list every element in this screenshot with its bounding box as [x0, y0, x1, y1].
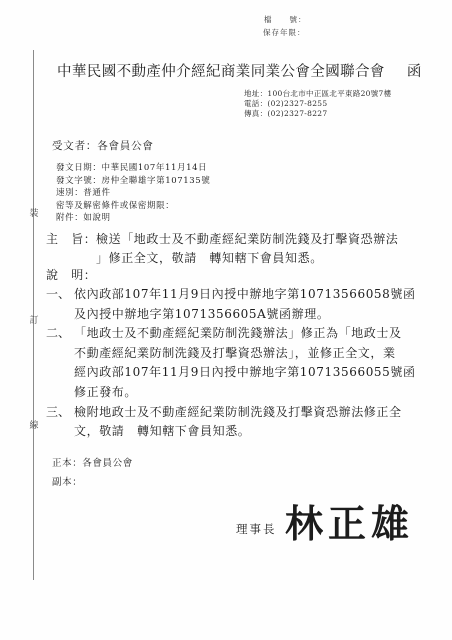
subject-text: 檢送「地政士及不動產經紀業防制洗錢及打擊資恐辦法 」修正全文，敬請 轉知轄下會員… — [96, 230, 398, 268]
recipient-line: 受文者：各會員公會 — [52, 138, 154, 153]
item-line: 及內授中辦地字第1071356605A號函辦理。 — [74, 305, 444, 325]
item-number: 三、 — [46, 403, 70, 423]
official-letter-page: 裝 訂 線 檔 號： 保存年限： 中華民國不動產仲介經紀商業同業公會全國聯合會函… — [0, 0, 452, 640]
security-class-line: 密等及解密條件或保密期限： — [56, 200, 210, 213]
item-number: 二、 — [46, 324, 70, 344]
subject-label: 主 旨： — [46, 230, 96, 247]
item-line: 不動產經紀業防制洗錢及打擊資恐辦法」，並修正全文，業 — [74, 344, 444, 364]
explanation-label: 說 明： — [46, 266, 96, 283]
item-line: 「地政士及不動產經紀業防制洗錢辦法」修正為「地政士及 — [74, 324, 444, 344]
speed-class-line: 速別：普通件 — [56, 187, 210, 200]
binding-mark-zhuang: 裝 — [27, 209, 41, 219]
item-line: 經內政部107年11月9日內授中辦地字第10713566055號函 — [74, 363, 444, 383]
issue-date-line: 發文日期：中華民國107年11月14日 — [56, 162, 210, 175]
signer-title: 理事長 — [236, 521, 277, 537]
attachment-line: 附件：如說明 — [56, 212, 210, 225]
binding-mark-ding: 訂 — [27, 316, 41, 326]
document-title: 中華民國不動產仲介經紀商業同業公會全國聯合會函 — [57, 60, 422, 81]
item-line: 文，敬請 轉知轄下會員知悉。 — [74, 422, 444, 442]
explanation-items: 一、 依內政部107年11月9日內授中辦地字第10713566058號函 及內授… — [74, 285, 444, 442]
item-line: 修正發布。 — [74, 383, 444, 403]
contact-address: 地址：100台北市中正區北平東路20號7樓 — [244, 89, 391, 99]
original-copy-line: 正本：各會員公會 — [52, 455, 133, 474]
contact-block: 地址：100台北市中正區北平東路20號7樓 電話：(02)2327-8255 傳… — [244, 89, 391, 118]
item-line: 檢附地政士及不動產經紀業防制洗錢及打擊資恐辦法修正全 — [74, 403, 444, 423]
contact-fax: 傳真：(02)2327-8227 — [244, 109, 391, 119]
binding-line — [33, 50, 34, 580]
binding-mark-xian: 線 — [27, 421, 41, 431]
meta-block: 發文日期：中華民國107年11月14日 發文字號：房仲全聯雄字第107135號 … — [56, 162, 210, 225]
file-number-label: 檔 號： — [264, 14, 307, 25]
retention-period-label: 保存年限： — [263, 27, 306, 38]
explanation-item-3: 三、 檢附地政士及不動產經紀業防制洗錢及打擊資恐辦法修正全 文，敬請 轉知轄下會… — [74, 403, 444, 442]
signer-name: 林正雄 — [285, 502, 414, 546]
explanation-item-1: 一、 依內政部107年11月9日內授中辦地字第10713566058號函 及內授… — [74, 285, 444, 324]
copies-block: 正本：各會員公會 副本： — [52, 455, 133, 492]
subject-line: 檢送「地政士及不動產經紀業防制洗錢及打擊資恐辦法 — [96, 230, 398, 249]
explanation-item-2: 二、 「地政士及不動產經紀業防制洗錢辦法」修正為「地政士及 不動產經紀業防制洗錢… — [74, 324, 444, 402]
item-number: 一、 — [46, 285, 70, 305]
item-line: 依內政部107年11月9日內授中辦地字第10713566058號函 — [74, 285, 444, 305]
subject-line: 」修正全文，敬請 轉知轄下會員知悉。 — [96, 249, 398, 268]
issuing-org-name: 中華民國不動產仲介經紀商業同業公會全國聯合會 — [57, 64, 385, 80]
doc-number-line: 發文字號：房仲全聯雄字第107135號 — [56, 175, 210, 188]
cc-copy-line: 副本： — [52, 474, 133, 493]
document-type: 函 — [407, 64, 422, 80]
contact-phone: 電話：(02)2327-8255 — [244, 99, 391, 109]
